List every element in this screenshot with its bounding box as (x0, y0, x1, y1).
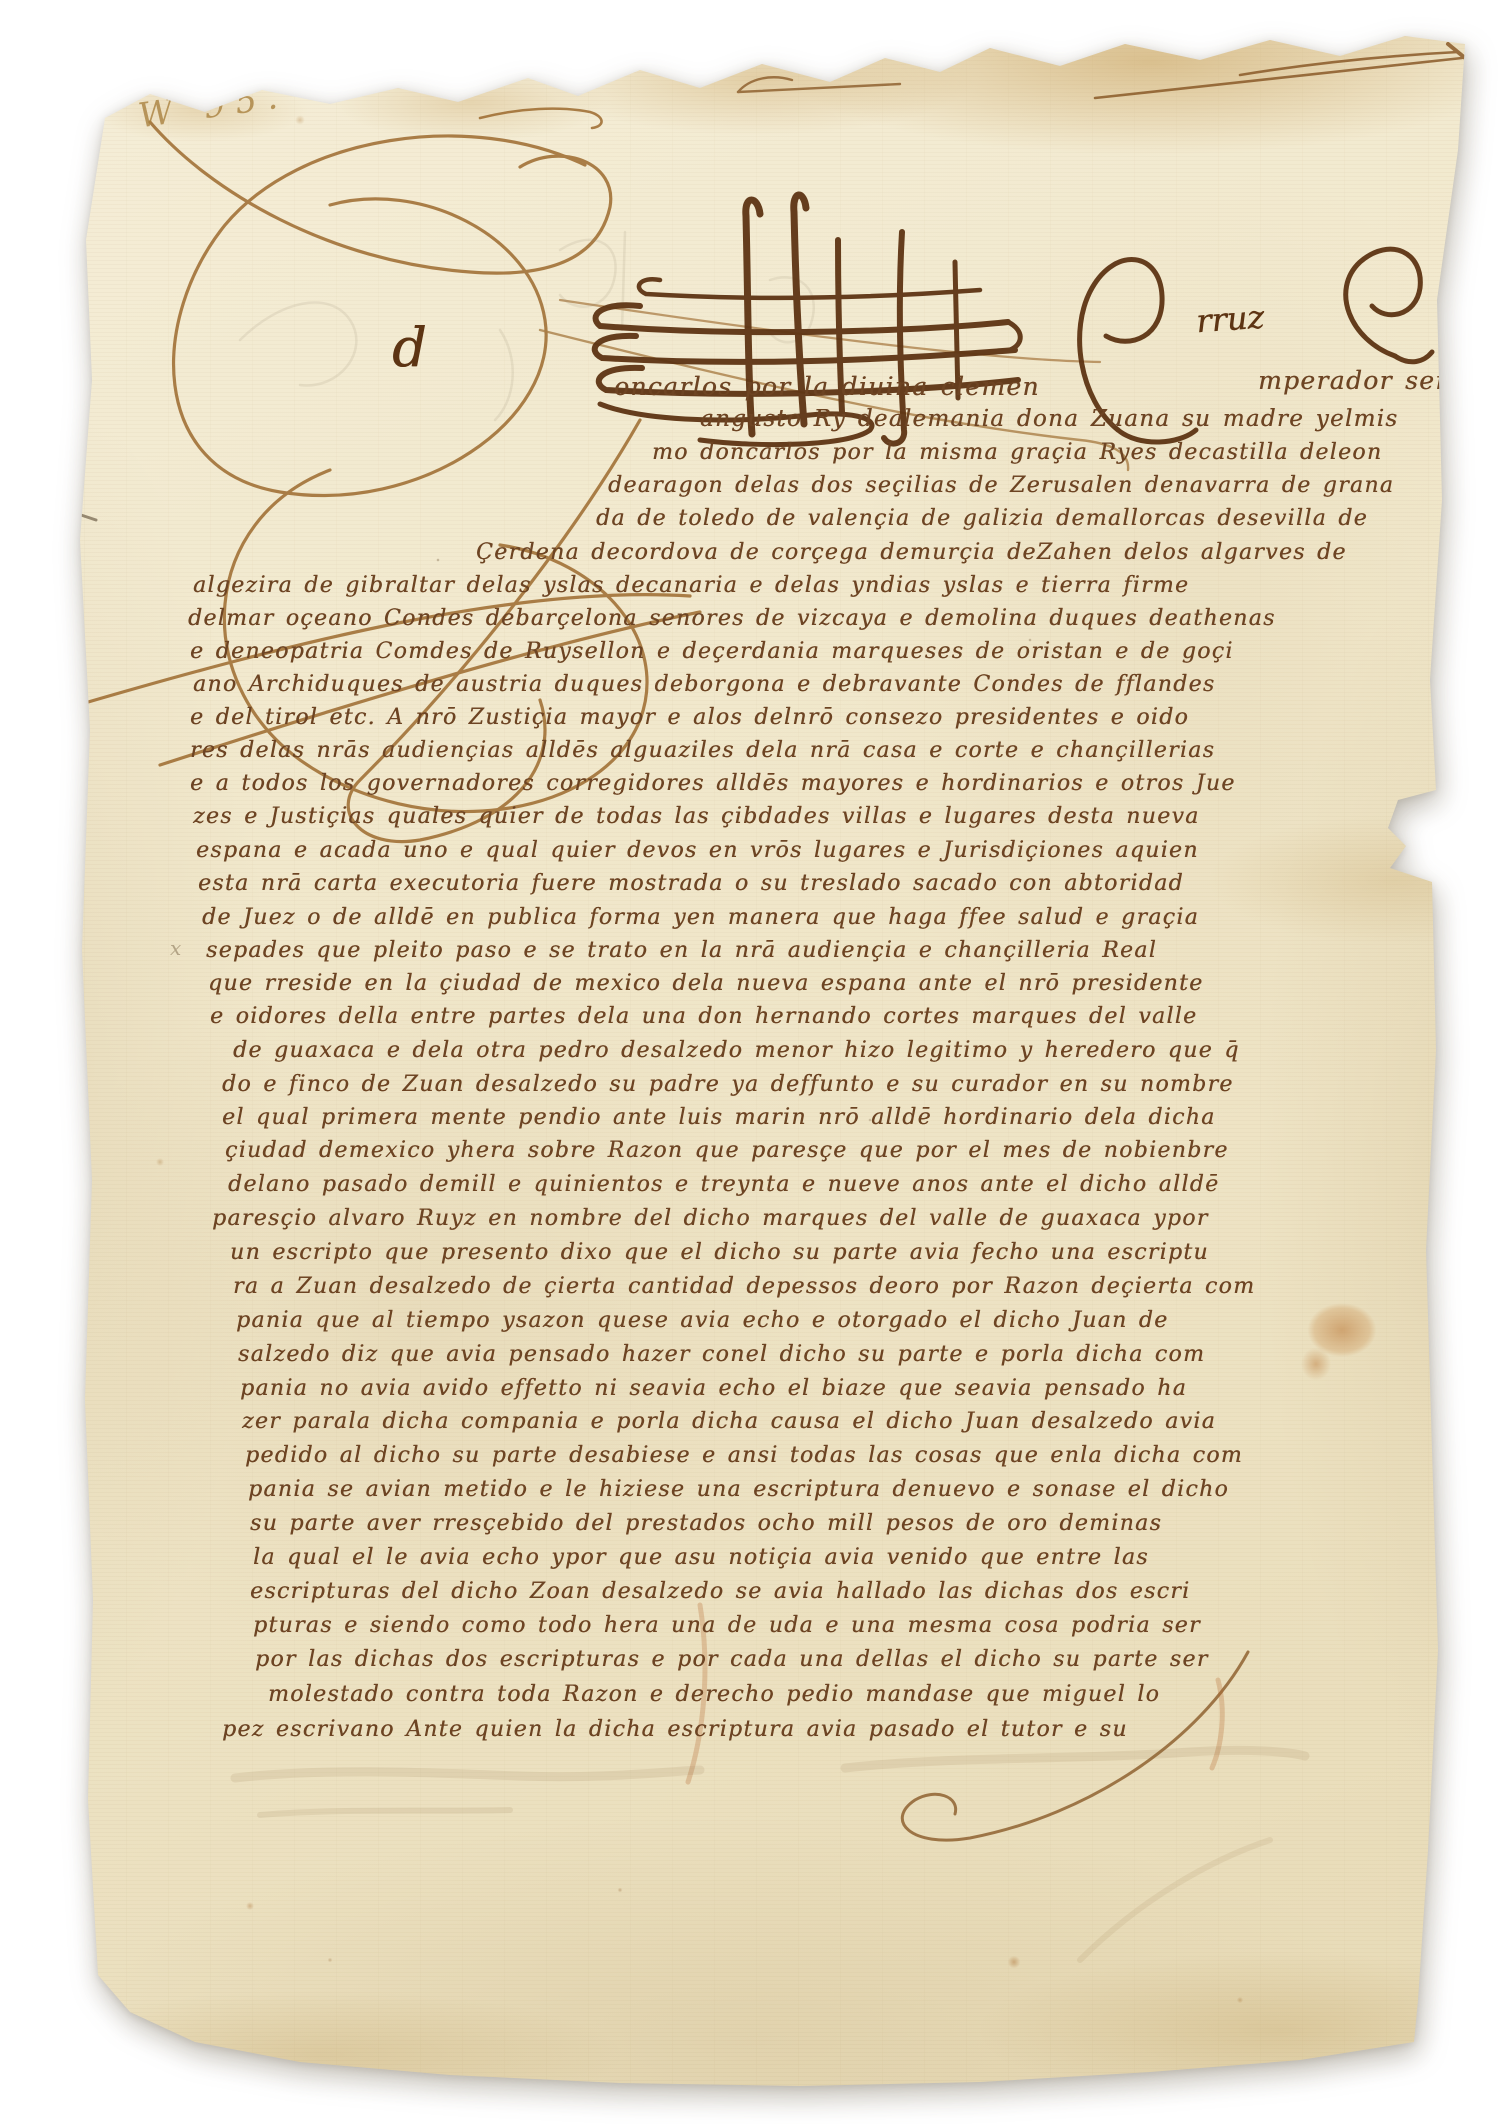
left-edge-nick (72, 512, 96, 520)
margin-mark: x (170, 936, 181, 960)
right-edge-curl (1346, 249, 1432, 362)
top-right-pen-lines (1095, 44, 1470, 98)
looping-flourish (78, 109, 1128, 842)
paper-shadow: W 95. d rruz x oncarlos por la diuina cl… (0, 0, 1500, 2124)
pen-flourishes-svg (0, 0, 1500, 2124)
top-center-mark (738, 77, 900, 92)
emperador-initial-curl (1080, 260, 1196, 443)
cipher-word-rruz: rruz (1195, 298, 1266, 341)
photograph-background: W 95. d rruz x oncarlos por la diuina cl… (0, 0, 1500, 2124)
initial-letter-d: d (392, 316, 427, 379)
bottom-tail-flourish (902, 1652, 1248, 1840)
manuscript-page: W 95. d rruz x oncarlos por la diuina cl… (0, 0, 1500, 2124)
royal-cipher-monogram (595, 195, 1021, 445)
verso-show-through (235, 1750, 1305, 1960)
